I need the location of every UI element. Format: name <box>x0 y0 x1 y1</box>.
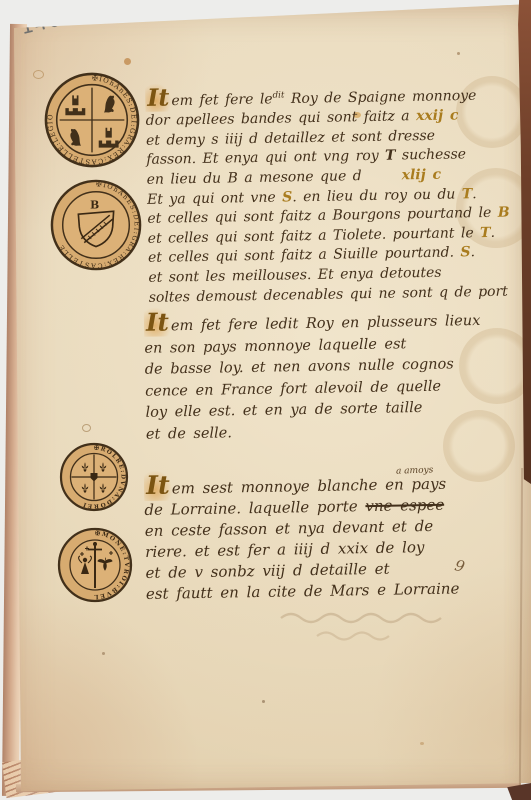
coin-sword-angel-eagle: ✠MONE:TVROI:BVEL <box>57 527 133 603</box>
coin-banda-shield: B ✠IOhAnES:DEI:GRA:REX:CASTELLE <box>49 178 143 272</box>
manuscript-page: 146. <box>0 0 531 800</box>
stain <box>262 700 265 703</box>
coin-cross-fleurs: ✠ROLRE:DVNA:DOREI <box>59 442 129 512</box>
manuscript-photo: 146. <box>0 0 531 800</box>
svg-text:B: B <box>90 198 99 211</box>
stain <box>420 742 424 745</box>
stain <box>457 52 460 55</box>
paragraph-spain-base-money: Item fet fere ledit Roy en plusseurs lie… <box>144 311 466 446</box>
show-through-text <box>275 600 490 652</box>
show-through-coin <box>459 328 531 404</box>
paragraph-spain-gold-bandes: Item fet fere ledit Roy de Spaigne monno… <box>145 83 479 308</box>
paragraph-lorraine-white-money: Item sest monnoye blanche en paysde Lorr… <box>144 473 486 605</box>
coin-castile-dobla: ✠IOhAnES:DEI:GRA:REX:CASTELLE:LEGIO <box>43 71 141 169</box>
stain <box>102 652 105 655</box>
stain <box>82 424 91 432</box>
folio-number: 146. <box>18 5 71 39</box>
manuscript-line: et de selle. <box>146 419 466 446</box>
interlinear-note: a amoys <box>396 465 434 476</box>
stain <box>124 58 131 65</box>
